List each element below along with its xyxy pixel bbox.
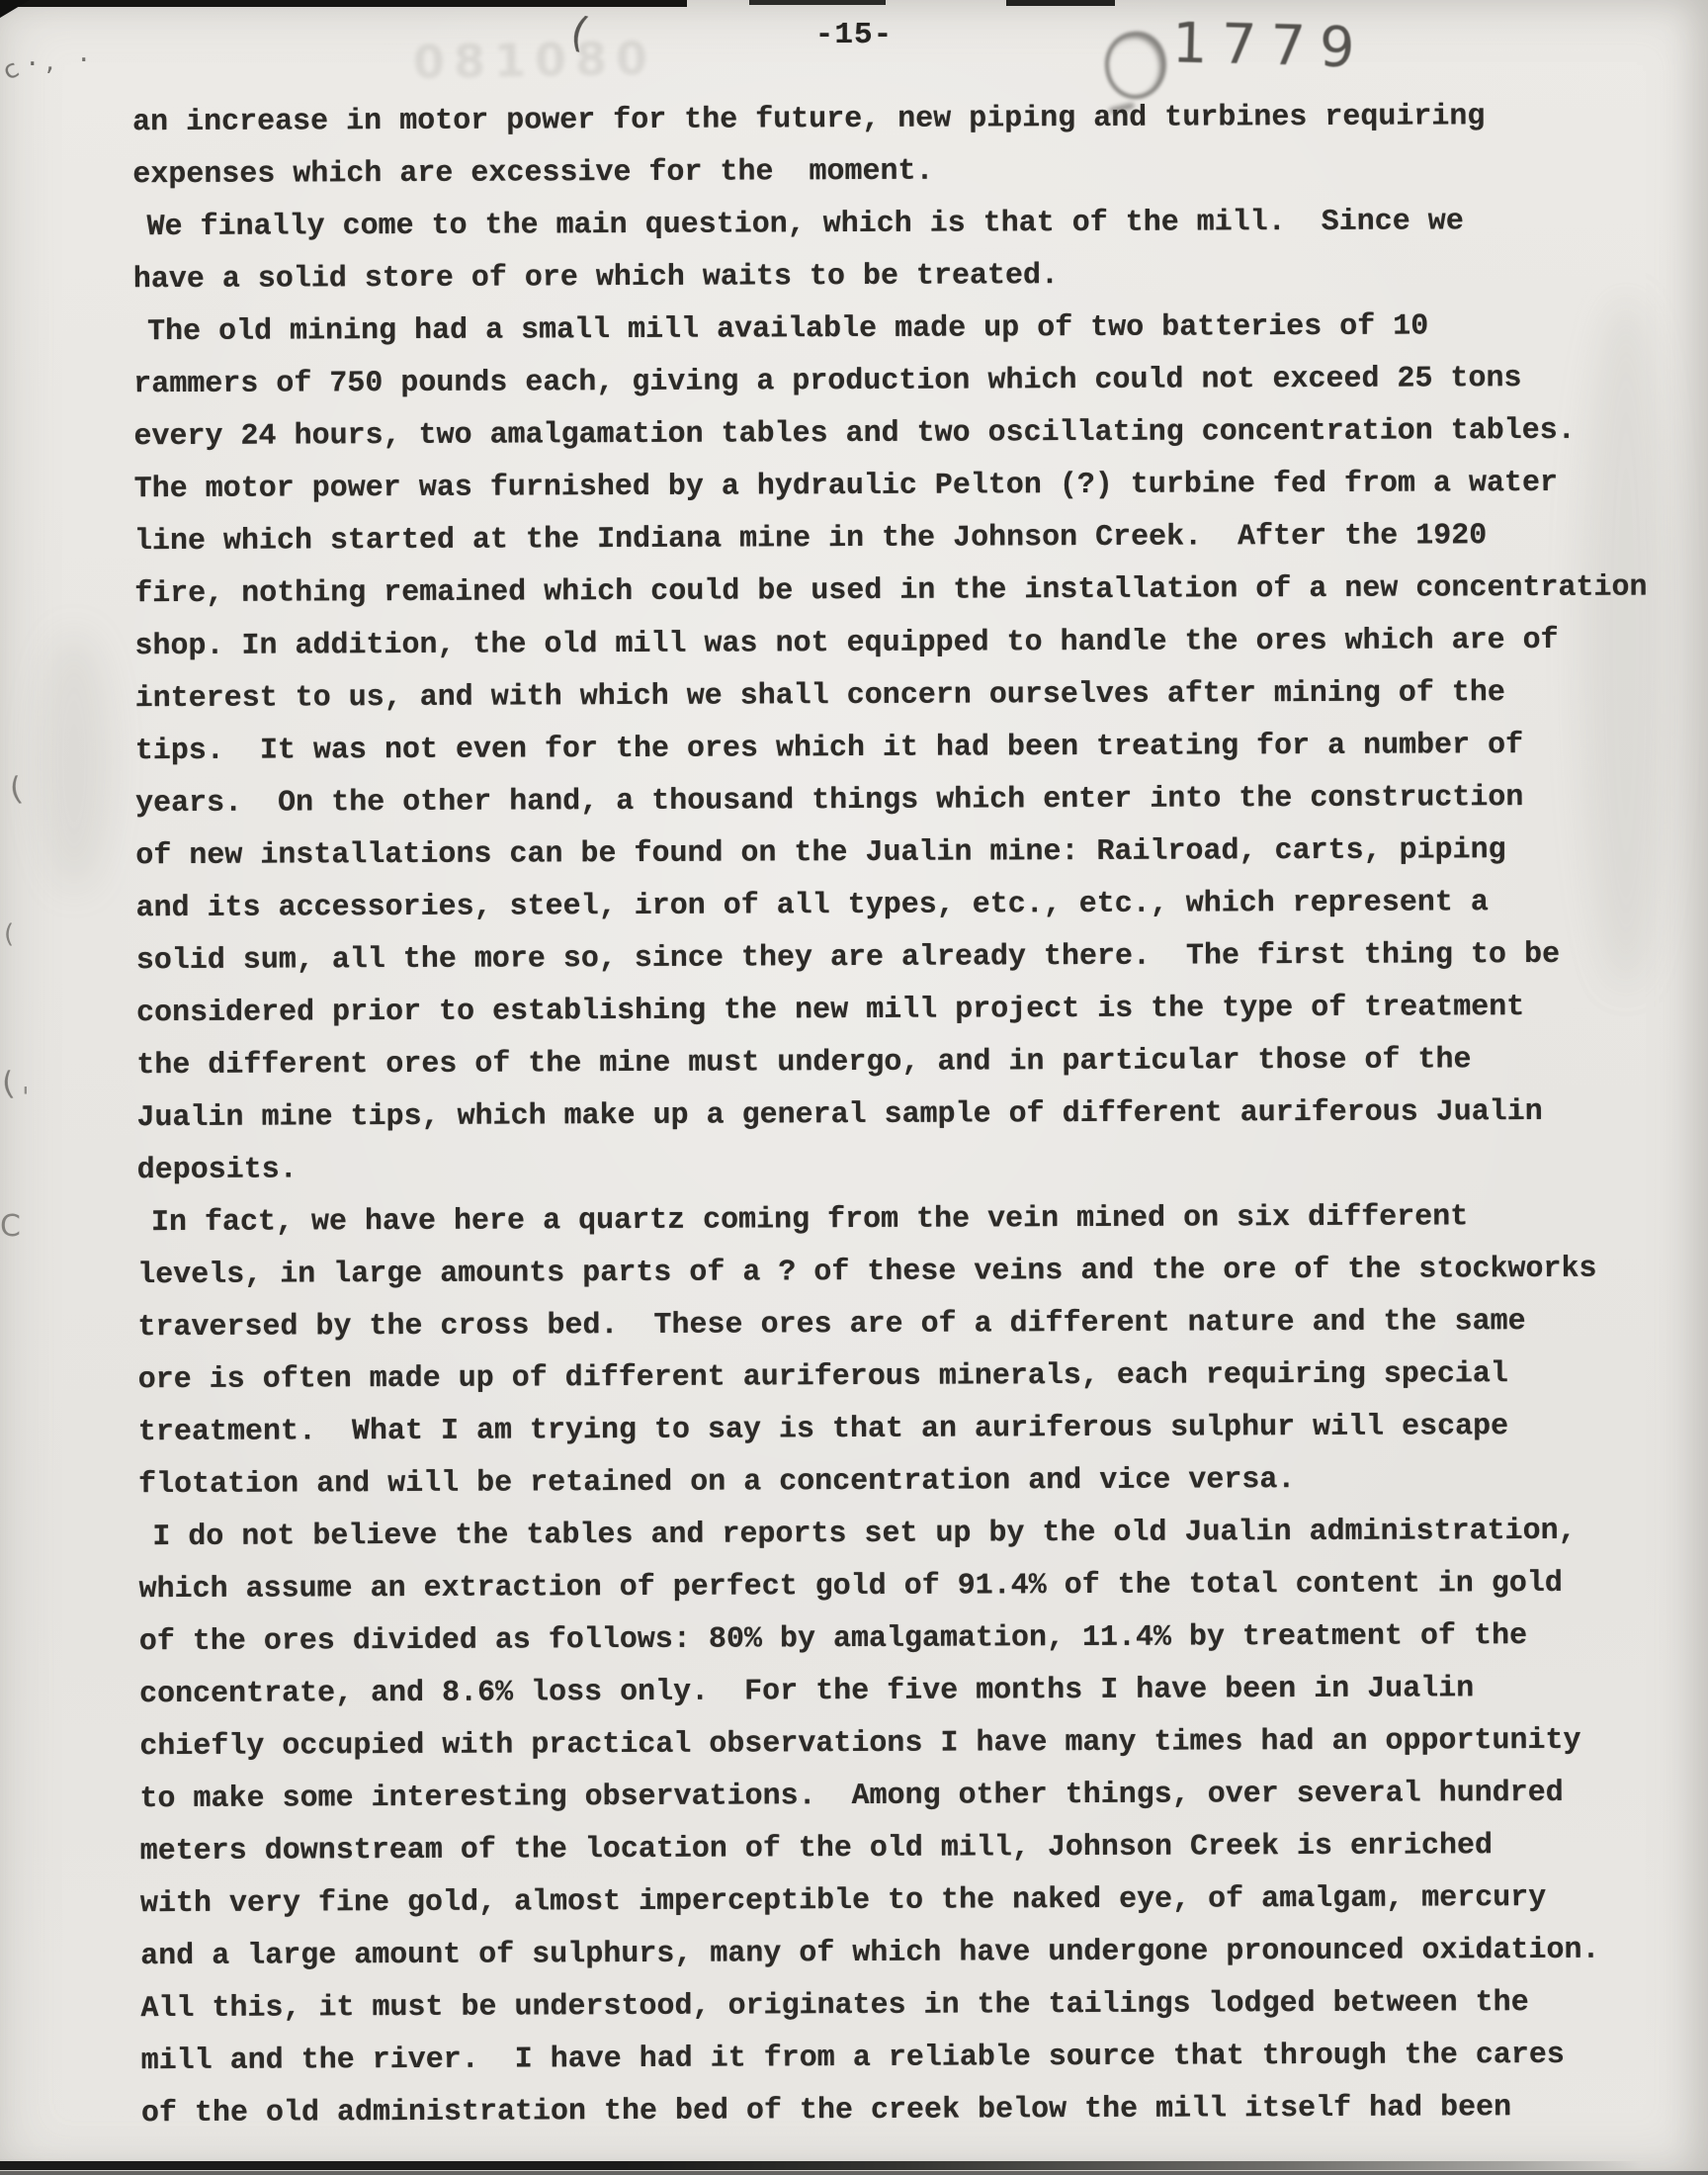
- text-line: rammers of 750 pounds each, giving a pro…: [133, 352, 1685, 411]
- text-line: I do not believe the tables and reports …: [138, 1505, 1690, 1564]
- text-line: tips. It was not even for the ores which…: [135, 719, 1687, 778]
- text-line: have a solid store of ore which waits to…: [133, 247, 1685, 306]
- paper-blotch: [40, 633, 109, 890]
- scan-corner-artifact: [0, 0, 30, 18]
- scan-edge-artifact: [1006, 0, 1115, 6]
- text-line: meters downstream of the location of the…: [140, 1819, 1692, 1878]
- pencil-mark: (: [0, 1067, 16, 1099]
- scanned-document-page: 081080 -15- 1779 an increase in motor po…: [0, 0, 1708, 2175]
- text-line: Jualin mine tips, which make up a genera…: [136, 1086, 1688, 1145]
- scan-edge-artifact: [0, 2161, 1641, 2170]
- document-body: an increase in motor power for the futur…: [132, 90, 1693, 2140]
- text-line: deposits.: [137, 1138, 1689, 1197]
- pencil-mark: ,: [45, 47, 54, 75]
- text-line: interest to us, and with which we shall …: [135, 666, 1687, 726]
- pencil-mark: (: [4, 921, 14, 947]
- text-line: chiefly occupied with practical observat…: [139, 1714, 1691, 1774]
- text-line: and its accessories, steel, iron of all …: [135, 876, 1687, 935]
- text-line: levels, in large amounts parts of a ? of…: [137, 1243, 1689, 1302]
- text-line: flotation and will be retained on a conc…: [138, 1452, 1690, 1512]
- text-line: an increase in motor power for the futur…: [132, 90, 1684, 149]
- text-line: mill and the river. I have had it from a…: [141, 2029, 1693, 2088]
- text-line: fire, nothing remained which could be us…: [134, 562, 1686, 621]
- text-line: The motor power was furnished by a hydra…: [134, 457, 1686, 516]
- pencil-mark: ': [22, 1084, 30, 1111]
- text-line: of new installations can be found on the…: [135, 824, 1687, 883]
- text-line: treatment. What I am trying to say is th…: [138, 1400, 1690, 1459]
- text-line: every 24 hours, two amalgamation tables …: [133, 404, 1685, 464]
- text-line: In fact, we have here a quartz coming fr…: [137, 1190, 1689, 1250]
- scan-edge-artifact: [0, 2171, 1708, 2175]
- text-line: to make some interesting observations. A…: [139, 1767, 1691, 1826]
- text-line: line which started at the Indiana mine i…: [134, 509, 1686, 568]
- text-line: The old mining had a small mill availabl…: [133, 300, 1685, 359]
- text-line: solid sum, all the more so, since they a…: [136, 928, 1688, 988]
- text-line: We finally come to the main question, wh…: [132, 195, 1684, 254]
- text-line: All this, it must be understood, origina…: [140, 1976, 1692, 2036]
- pencil-mark: (: [8, 772, 25, 805]
- text-line: shop. In addition, the old mill was not …: [134, 614, 1686, 673]
- pencil-mark: .: [79, 38, 89, 67]
- text-line: years. On the other hand, a thousand thi…: [135, 771, 1687, 830]
- scan-edge-artifact: [749, 0, 886, 5]
- text-line: and a large amount of sulphurs, many of …: [140, 1924, 1692, 1983]
- text-line: which assume an extraction of perfect go…: [138, 1557, 1690, 1616]
- text-line: expenses which are excessive for the mom…: [132, 142, 1684, 202]
- page-number: -15-: [0, 18, 1708, 52]
- pencil-mark: c: [0, 55, 23, 85]
- scan-edge-artifact: [0, 0, 687, 7]
- text-line: considered prior to establishing the new…: [136, 981, 1688, 1040]
- text-line: the different ores of the mine must unde…: [136, 1033, 1688, 1092]
- text-line: traversed by the cross bed. These ores a…: [137, 1295, 1689, 1354]
- text-line: of the ores divided as follows: 80% by a…: [139, 1609, 1691, 1669]
- text-line: with very fine gold, almost imperceptibl…: [140, 1871, 1692, 1931]
- text-line: ore is often made up of different aurife…: [138, 1348, 1690, 1407]
- text-line: concentrate, and 8.6% loss only. For the…: [139, 1662, 1691, 1721]
- handwritten-number: 1779: [1171, 11, 1369, 80]
- text-line: of the old administration the bed of the…: [141, 2081, 1693, 2140]
- pencil-mark: C: [0, 1212, 21, 1242]
- pencil-mark: .: [28, 42, 38, 71]
